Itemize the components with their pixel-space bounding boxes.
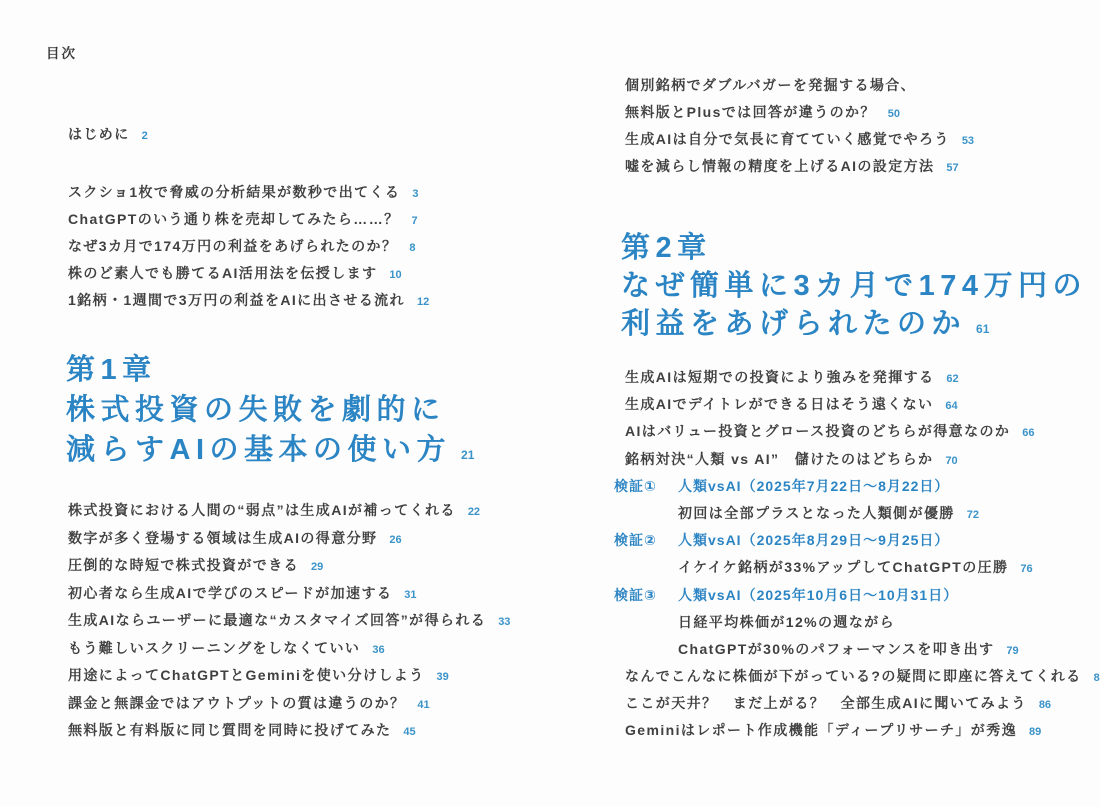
toc-entry-page-number: 76: [1020, 563, 1032, 575]
toc-entry: もう難しいスクリーニングをしなくていい36: [68, 635, 510, 663]
toc-entry-title: 生成AIでデイトレができる日はそう遠くない: [625, 396, 933, 412]
toc-entry-page-number: 2: [142, 130, 148, 142]
toc-entry-page-number: 50: [888, 108, 900, 120]
toc-entry-page-number: 66: [1022, 427, 1034, 439]
verification-title: 人類vsAI（2025年10月6日～10月31日）: [678, 587, 958, 603]
toc-entry-title: 日経平均株価が12%の週ながら: [678, 614, 895, 630]
toc-entry-title: Geminiはレポート作成機能「ディープリサーチ」が秀逸: [625, 722, 1017, 738]
toc-spread: 目次 はじめに2 スクショ1枚で脅威の分析結果が数秒で出てくる3 ChatGPT…: [0, 0, 1100, 807]
toc-entry-page-number: 33: [498, 616, 510, 628]
verification-label: 検証①: [614, 473, 678, 500]
toc-entry-title: 無料版と有料版に同じ質問を同時に投げてみた: [68, 722, 391, 738]
toc-entry: ここが天井？ まだ上がる？ 全部生成AIに聞いてみよう86: [614, 690, 1100, 717]
chapter-heading-line-text: 減らすAIの基本の使い方: [66, 434, 451, 466]
toc-entry-page-number: 22: [468, 506, 480, 518]
toc-entry-page-number: 41: [417, 699, 429, 711]
verification-entry: 検証③人類vsAI（2025年10月6日～10月31日）: [614, 582, 1100, 609]
chapter-heading-line-text: 利益をあげられたのか: [621, 308, 966, 340]
toc-entry: AIはバリュー投資とグロース投資のどちらが得意なのか66: [614, 418, 1100, 445]
toc-entry: 株式投資における人間の“弱点”は生成AIが補ってくれる22: [68, 497, 510, 525]
toc-entry: Geminiはレポート作成機能「ディープリサーチ」が秀逸89: [614, 717, 1100, 744]
toc-entry-page-number: 82: [1094, 672, 1100, 684]
toc-entry-title: 生成AIならユーザーに最適な“カスタマイズ回答”が得られる: [68, 612, 486, 628]
toc-entry-title: スクショ1枚で脅威の分析結果が数秒で出てくる: [68, 184, 400, 200]
toc-entry: 数字が多く登場する領域は生成AIの得意分野26: [68, 525, 510, 553]
verification-label: 検証③: [614, 582, 678, 609]
toc-entry-page-number: 12: [417, 296, 429, 308]
toc-subentry: 初回は全部プラスとなった人類側が優勝72: [614, 500, 1100, 527]
toc-entry: スクショ1枚で脅威の分析結果が数秒で出てくる3: [68, 179, 429, 206]
toc-subentry: ChatGPTが30%のパフォーマンスを叩き出す79: [614, 636, 1100, 663]
toc-entry-page-number: 26: [389, 534, 401, 546]
toc-entry: 課金と無課金ではアウトプットの質は違うのか？41: [68, 690, 510, 718]
toc-entry: 銘柄対決“人類 vs AI” 儲けたのはどちらか70: [614, 446, 1100, 473]
toc-entry-page-number: 45: [403, 726, 415, 738]
toc-entry-title: 圧倒的な時短で株式投資ができる: [68, 557, 299, 573]
chapter-heading-line: 利益をあげられたのか61: [621, 305, 1087, 348]
verification-label: 検証②: [614, 527, 678, 554]
toc-entry: 嘘を減らし情報の精度を上げるAIの設定方法57: [625, 153, 974, 180]
toc-entry-title: 個別銘柄でダブルバガーを発掘する場合、: [625, 77, 916, 93]
toc-entry: なぜ3カ月で174万円の利益をあげられたのか？8: [68, 233, 429, 260]
toc-entry-title: 無料版とPlusでは回答が違うのか？: [625, 104, 876, 120]
toc-entry: 生成AIは自分で気長に育てていく感覚でやろう53: [625, 126, 974, 153]
toc-entry-page-number: 36: [372, 644, 384, 656]
toc-entry-page-number: 7: [412, 215, 418, 227]
toc-entry: 生成AIならユーザーに最適な“カスタマイズ回答”が得られる33: [68, 607, 510, 635]
chapter-1-entries-group: 株式投資における人間の“弱点”は生成AIが補ってくれる22 数字が多く登場する領…: [68, 497, 510, 745]
chapter-2-heading: 第2章 なぜ簡単に3カ月で174万円の 利益をあげられたのか61: [621, 229, 1087, 348]
toc-entry-page-number: 10: [389, 269, 401, 281]
toc-entry: なんでこんなに株価が下がっている?の疑問に即座に答えてくれる82: [614, 663, 1100, 690]
toc-entry-title: 生成AIは短期での投資により強みを発揮する: [625, 369, 934, 385]
chapter-heading-line: 第1章: [66, 350, 474, 390]
toc-entry: 生成AIでデイトレができる日はそう遠くない64: [614, 391, 1100, 418]
chapter-heading-line: なぜ簡単に3カ月で174万円の: [621, 267, 1087, 305]
toc-entry-page-number: 39: [437, 671, 449, 683]
toc-entry-title: 1銘柄・1週間で3万円の利益をAIに出させる流れ: [68, 292, 405, 308]
chapter-page-number: 21: [461, 448, 474, 462]
toc-entry: 無料版とPlusでは回答が違うのか？50: [625, 99, 974, 126]
toc-entry-page-number: 3: [412, 188, 418, 200]
toc-entry: 1銘柄・1週間で3万円の利益をAIに出させる流れ12: [68, 287, 429, 314]
chapter-page-number: 61: [976, 322, 989, 336]
chapter-heading-line: 株式投資の失敗を劇的に: [66, 390, 474, 430]
chapter-heading-line: 第2章: [621, 229, 1087, 267]
toc-entry-title: 株のど素人でも勝てるAI活用法を伝授します: [68, 265, 377, 281]
toc-entry: 生成AIは短期での投資により強みを発揮する62: [614, 364, 1100, 391]
toc-entry-title: 用途によってChatGPTとGeminiを使い分けしよう: [68, 667, 425, 683]
toc-entry-title: ChatGPTが30%のパフォーマンスを叩き出す: [678, 641, 994, 657]
verification-title: 人類vsAI（2025年8月29日～9月25日）: [678, 532, 949, 548]
toc-entry: 無料版と有料版に同じ質問を同時に投げてみた45: [68, 717, 510, 745]
verification-entry: 検証①人類vsAI（2025年7月22日～8月22日）: [614, 473, 1100, 500]
toc-entry-page-number: 57: [946, 162, 958, 174]
toc-entry-page-number: 79: [1006, 645, 1018, 657]
toc-entry-page-number: 86: [1039, 699, 1051, 711]
toc-entry-title: もう難しいスクリーニングをしなくていい: [68, 640, 360, 656]
toc-entry-title: 生成AIは自分で気長に育てていく感覚でやろう: [625, 131, 950, 147]
toc-entry-title: 銘柄対決“人類 vs AI” 儲けたのはどちらか: [625, 451, 933, 467]
chapter-2-entries-group: 生成AIは短期での投資により強みを発揮する62 生成AIでデイトレができる日はそ…: [614, 364, 1100, 745]
toc-entry-page-number: 64: [945, 400, 957, 412]
toc-entry: 用途によってChatGPTとGeminiを使い分けしよう39: [68, 662, 510, 690]
toc-entry-title: なぜ3カ月で174万円の利益をあげられたのか？: [68, 238, 397, 254]
toc-entry-title: AIはバリュー投資とグロース投資のどちらが得意なのか: [625, 423, 1010, 439]
toc-entry-title: 嘘を減らし情報の精度を上げるAIの設定方法: [625, 158, 934, 174]
toc-entry-title: なんでこんなに株価が下がっている?の疑問に即座に答えてくれる: [625, 668, 1082, 684]
toc-entry-title: 数字が多く登場する領域は生成AIの得意分野: [68, 530, 377, 546]
verification-entry: 検証②人類vsAI（2025年8月29日～9月25日）: [614, 527, 1100, 554]
chapter-heading-line: 減らすAIの基本の使い方21: [66, 430, 474, 475]
toc-subentry: 日経平均株価が12%の週ながら: [614, 609, 1100, 636]
verification-title: 人類vsAI（2025年7月22日～8月22日）: [678, 478, 949, 494]
toc-entry-page-number: 8: [409, 242, 415, 254]
toc-entry: はじめに2: [68, 121, 148, 148]
toc-entry-title: 課金と無課金ではアウトプットの質は違うのか？: [68, 695, 405, 711]
chapter-1-heading: 第1章 株式投資の失敗を劇的に 減らすAIの基本の使い方21: [66, 350, 474, 475]
toc-entry: 株のど素人でも勝てるAI活用法を伝授します10: [68, 260, 429, 287]
carryover-entries-group: 個別銘柄でダブルバガーを発掘する場合、 無料版とPlusでは回答が違うのか？50…: [625, 72, 974, 180]
toc-entry: 個別銘柄でダブルバガーを発掘する場合、: [625, 72, 974, 99]
toc-entry-page-number: 53: [962, 135, 974, 147]
toc-entry-title: ChatGPTのいう通り株を売却してみたら……？: [68, 211, 400, 227]
toc-entry-title: 初心者なら生成AIで学びのスピードが加速する: [68, 585, 392, 601]
toc-entry-title: 株式投資における人間の“弱点”は生成AIが補ってくれる: [68, 502, 456, 518]
toc-entry-page-number: 62: [946, 373, 958, 385]
toc-entry-title: ここが天井？ まだ上がる？ 全部生成AIに聞いてみよう: [625, 695, 1027, 711]
toc-entry-title: 初回は全部プラスとなった人類側が優勝: [678, 505, 955, 521]
toc-title: 目次: [46, 42, 77, 62]
toc-entry-title: イケイケ銘柄が33%アップしてChatGPTの圧勝: [678, 559, 1008, 575]
toc-entry: 圧倒的な時短で株式投資ができる29: [68, 552, 510, 580]
toc-entry-page-number: 31: [404, 589, 416, 601]
toc-entry-title: はじめに: [68, 126, 130, 142]
toc-subentry: イケイケ銘柄が33%アップしてChatGPTの圧勝76: [614, 554, 1100, 581]
toc-entry-page-number: 29: [311, 561, 323, 573]
toc-entry-page-number: 70: [945, 455, 957, 467]
toc-entry-page-number: 72: [967, 509, 979, 521]
toc-entry: 初心者なら生成AIで学びのスピードが加速する31: [68, 580, 510, 608]
toc-entry-page-number: 89: [1029, 726, 1041, 738]
front-entries-group: スクショ1枚で脅威の分析結果が数秒で出てくる3 ChatGPTのいう通り株を売却…: [68, 179, 429, 314]
toc-entry: ChatGPTのいう通り株を売却してみたら……？7: [68, 206, 429, 233]
